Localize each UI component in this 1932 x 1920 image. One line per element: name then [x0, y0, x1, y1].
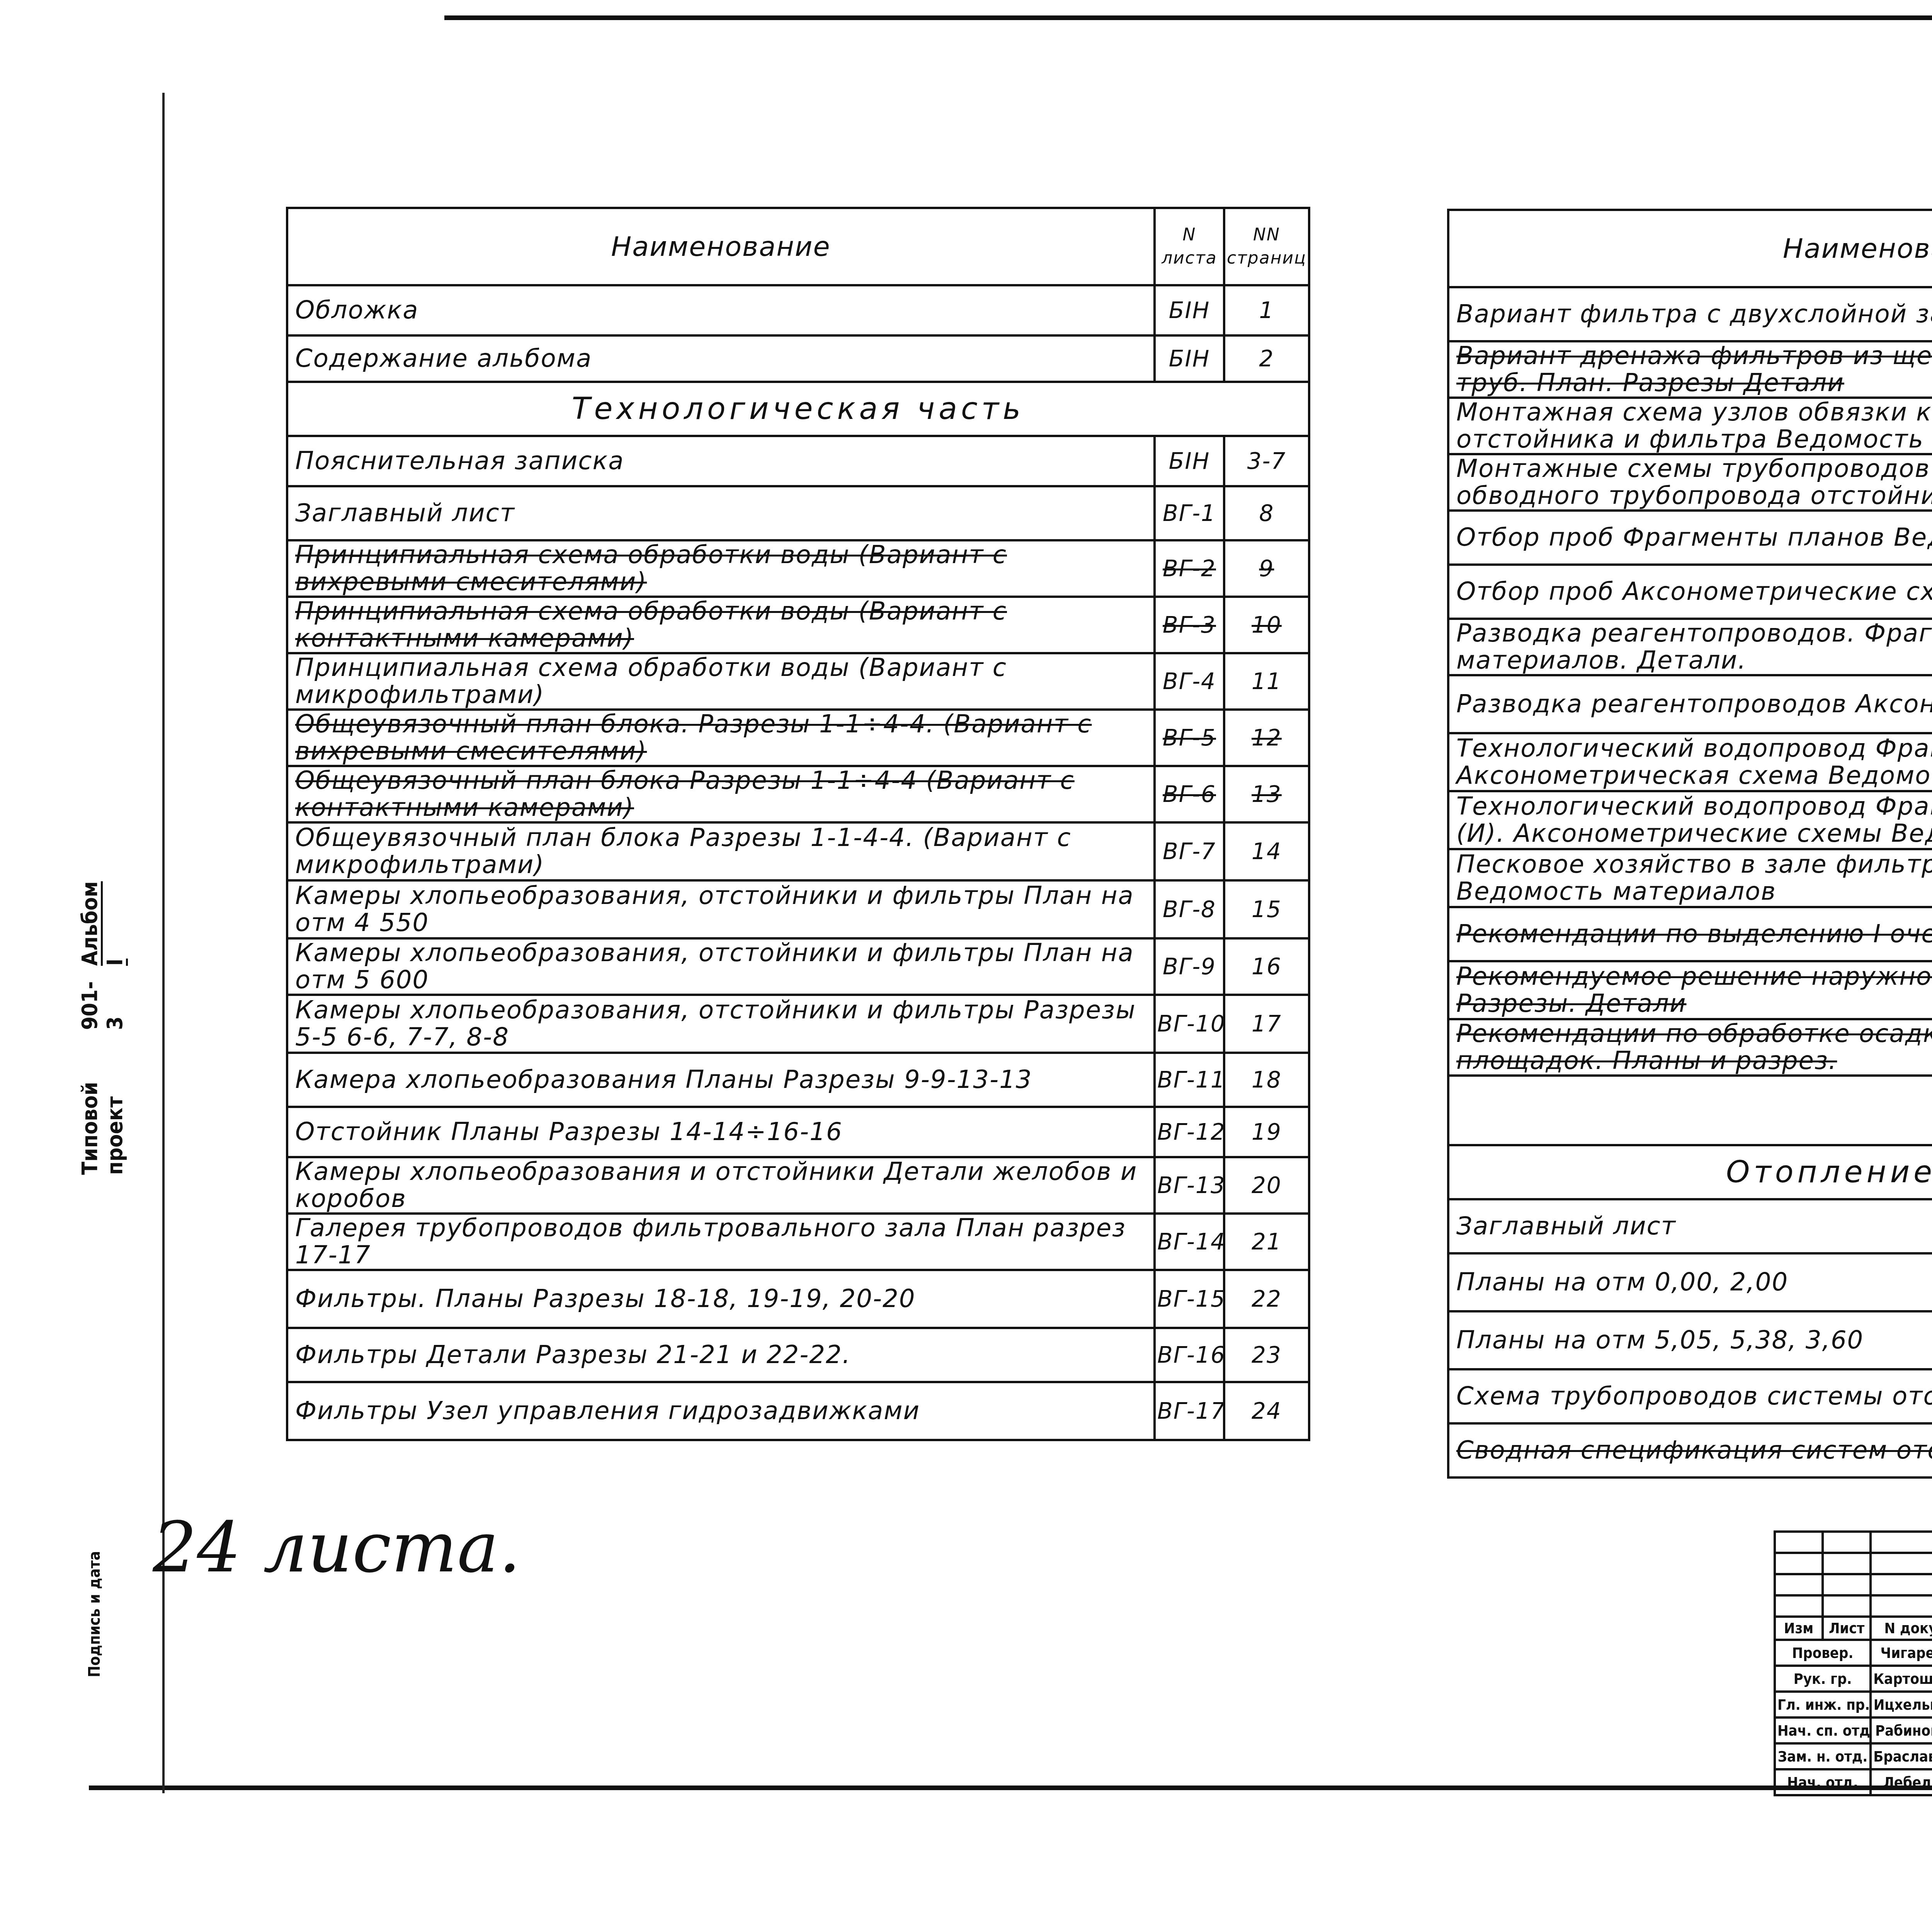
- page-cell: 9: [1224, 540, 1309, 597]
- table-row: Технологический водопровод Фрагменты пла…: [1448, 791, 1932, 849]
- signer-role: Нач. отд.: [1775, 1769, 1871, 1795]
- page-cell: 13: [1224, 766, 1309, 822]
- name-cell: Общеувязочный план блока Разрезы 1-1-4-4…: [287, 822, 1155, 880]
- table-row: ОбложкаБIН1: [287, 285, 1309, 335]
- name-cell: Фильтры Детали Разрезы 21-21 и 22-22.: [287, 1328, 1155, 1382]
- header-sheet: Nлиста: [1155, 208, 1224, 285]
- sheet-cell: ВГ-1: [1155, 486, 1224, 540]
- blank-cell: [1448, 1076, 1932, 1145]
- signer-role: Гл. инж. пр.: [1775, 1692, 1871, 1717]
- name-cell: Рекомендации по выделению I очереди стро…: [1448, 907, 1932, 961]
- page-cell: 14: [1224, 822, 1309, 880]
- sheet-cell: БIН: [1155, 335, 1224, 382]
- table-row: Камеры хлопьеобразования, отстойники и ф…: [287, 880, 1309, 938]
- table-header-row: Наименование Nлиста NNстраниц: [287, 208, 1309, 285]
- signer-row: Провер.Чигарева~/: [1775, 1640, 1932, 1666]
- sheet-cell: ВГ-8: [1155, 880, 1224, 938]
- signer-role: Провер.: [1775, 1640, 1871, 1666]
- signer-name: Лебедев: [1871, 1769, 1932, 1795]
- signer-name: Рабинович: [1871, 1717, 1932, 1743]
- col-izm: Изм: [1775, 1617, 1823, 1640]
- table-row: Разводка реагентопроводов Аксонометричес…: [1448, 675, 1932, 733]
- page-cell: 23: [1224, 1328, 1309, 1382]
- name-cell: Планы на отм 5,05, 5,38, 3,60: [1448, 1311, 1932, 1369]
- name-cell: Вариант дренажа фильтров из щелеванных п…: [1448, 341, 1932, 398]
- section-header-row: Технологическая часть: [287, 382, 1309, 436]
- name-cell: Отбор проб Аксонометрические схемы.: [1448, 565, 1932, 619]
- table-row: Камеры хлопьеобразования, отстойники и ф…: [287, 938, 1309, 995]
- name-cell: Разводка реагентопроводов Аксонометричес…: [1448, 675, 1932, 733]
- sheet-cell: ВГ-14: [1155, 1214, 1224, 1270]
- blank-row: [1448, 1076, 1932, 1145]
- name-cell: Отстойник Планы Разрезы 14-14÷16-16: [287, 1107, 1155, 1157]
- table-row: Фильтры Детали Разрезы 21-21 и 22-22.ВГ-…: [287, 1328, 1309, 1382]
- signer-name: Картошкин: [1871, 1666, 1932, 1692]
- signer-role: Рук. гр.: [1775, 1666, 1871, 1692]
- name-cell: Камера хлопьеобразования Планы Разрезы 9…: [287, 1053, 1155, 1107]
- sheet-cell: ВГ-4: [1155, 653, 1224, 710]
- name-cell: Галерея трубопроводов фильтровального за…: [287, 1214, 1155, 1270]
- sheet-cell: ВГ-17: [1155, 1382, 1224, 1440]
- name-cell: Камеры хлопьеобразования и отстойники Де…: [287, 1157, 1155, 1214]
- table-row: Вариант дренажа фильтров из щелеванных п…: [1448, 341, 1932, 398]
- table-row: Отбор проб Аксонометрические схемы.ВГ-23…: [1448, 565, 1932, 619]
- table-row: Сводная спецификация систем отопления и …: [1448, 1423, 1932, 1477]
- table-row: Общеувязочный план блока Разрезы 1-1-4-4…: [287, 822, 1309, 880]
- table-row: Песковое хозяйство в зале фильтров План …: [1448, 849, 1932, 907]
- name-cell: Сводная спецификация систем отопления и …: [1448, 1423, 1932, 1477]
- signer-row: Нач. отд.Лебедев~/: [1775, 1769, 1932, 1795]
- section-header-row: Отопление и вентиляция: [1448, 1145, 1932, 1199]
- name-cell: Монтажная схема узлов обвязки камеры хло…: [1448, 398, 1932, 454]
- sheet-cell: ВГ-10: [1155, 995, 1224, 1053]
- page-cell: 22: [1224, 1270, 1309, 1328]
- sheet-cell: ВГ-15: [1155, 1270, 1224, 1328]
- name-cell: Принципиальная схема обработки воды (Вар…: [287, 653, 1155, 710]
- project-stamp: Типовой проект 901-3 Альбом I: [77, 881, 128, 1175]
- table-row: Пояснительная запискаБIН3-7: [287, 436, 1309, 486]
- page-cell: 24: [1224, 1382, 1309, 1440]
- table-row: Технологический водопровод Фрагмент план…: [1448, 733, 1932, 791]
- table-row: Заглавный листОВ-139: [1448, 1199, 1932, 1253]
- project-stamp-line: Типовой проект: [77, 1045, 128, 1175]
- name-cell: Планы на отм 0,00, 2,00: [1448, 1253, 1932, 1311]
- sheet-cell: ВГ-2: [1155, 540, 1224, 597]
- signer-name: Браславский: [1871, 1743, 1932, 1769]
- name-cell: Содержание альбома: [287, 335, 1155, 382]
- page-cell: 18: [1224, 1053, 1309, 1107]
- page-cell: 1: [1224, 285, 1309, 335]
- table-row: Фильтры Узел управления гидрозадвижкамиВ…: [287, 1382, 1309, 1440]
- name-cell: Камеры хлопьеобразования, отстойники и ф…: [287, 880, 1155, 938]
- name-cell: Технологический водопровод Фрагменты пла…: [1448, 791, 1932, 849]
- signature-grid-header: Изм Лист N докум Подп. Дата: [1775, 1617, 1932, 1640]
- table-row: Содержание альбомаБIН2: [287, 335, 1309, 382]
- col-list: Лист: [1823, 1617, 1871, 1640]
- page-cell: 10: [1224, 597, 1309, 653]
- signer-name: Ицхельман: [1871, 1692, 1932, 1717]
- table-row: Рекомендации по выделению I очереди стро…: [1448, 907, 1932, 961]
- left-contents-table: Наименование Nлиста NNстраниц ОбложкаБIН…: [286, 207, 1310, 1441]
- name-cell: Фильтры Узел управления гидрозадвижками: [287, 1382, 1155, 1440]
- sheet-cell: ВГ-9: [1155, 938, 1224, 995]
- sheet-cell: ВГ-11: [1155, 1053, 1224, 1107]
- table-row: Схема трубопроводов системы отопленияОВ-…: [1448, 1369, 1932, 1423]
- frame-bottom-border: [89, 1786, 1932, 1790]
- name-cell: Общеувязочный план блока. Разрезы 1-1÷4-…: [287, 710, 1155, 766]
- table-header-row: Наименование Nлиста NNстраниц: [1448, 210, 1932, 287]
- page-cell: 12: [1224, 710, 1309, 766]
- table-row: Планы на отм 5,05, 5,38, 3,60ОВ-341: [1448, 1311, 1932, 1369]
- sheet-cell: ВГ-12: [1155, 1107, 1224, 1157]
- name-cell: Пояснительная записка: [287, 436, 1155, 486]
- right-contents-table: Наименование Nлиста NNстраниц Вариант фи…: [1447, 209, 1932, 1479]
- name-cell: Рекомендации по обработке осадка Общий в…: [1448, 1019, 1932, 1076]
- handwritten-note: 24 листа.: [153, 1507, 521, 1588]
- page-cell: 16: [1224, 938, 1309, 995]
- signer-row: Рук. гр.Картошкин~/: [1775, 1666, 1932, 1692]
- name-cell: Принципиальная схема обработки воды (Вар…: [287, 597, 1155, 653]
- sheet-cell: ВГ-16: [1155, 1328, 1224, 1382]
- header-name: Наименование: [287, 208, 1155, 285]
- table-row: Отстойник Планы Разрезы 14-14÷16-16ВГ-12…: [287, 1107, 1309, 1157]
- page-cell: 21: [1224, 1214, 1309, 1270]
- table-row: Камеры хлопьеобразования, отстойники и ф…: [287, 995, 1309, 1053]
- signature-stamp: Подпись и дата: [86, 1492, 104, 1677]
- name-cell: Фильтры. Планы Разрезы 18-18, 19-19, 20-…: [287, 1270, 1155, 1328]
- table-row: Рекомендации по обработке осадка Общий в…: [1448, 1019, 1932, 1076]
- name-cell: Песковое хозяйство в зале фильтров План …: [1448, 849, 1932, 907]
- table-row: Рекомендуемое решение наружной песковой …: [1448, 961, 1932, 1019]
- page-cell: 17: [1224, 995, 1309, 1053]
- table-row: Вариант фильтра с двухслойной загрузкой …: [1448, 287, 1932, 341]
- table-row: Монтажная схема узлов обвязки камеры хло…: [1448, 398, 1932, 454]
- name-cell: Заглавный лист: [1448, 1199, 1932, 1253]
- sheet-cell: БIН: [1155, 436, 1224, 486]
- sheet-cell: ВГ-7: [1155, 822, 1224, 880]
- section-title: Отопление и вентиляция: [1448, 1145, 1932, 1199]
- table-row: Камера хлопьеобразования Планы Разрезы 9…: [287, 1053, 1309, 1107]
- header-name: Наименование: [1448, 210, 1932, 287]
- page-cell: 20: [1224, 1157, 1309, 1214]
- name-cell: Схема трубопроводов системы отопления: [1448, 1369, 1932, 1423]
- sheet-cell: ВГ-3: [1155, 597, 1224, 653]
- table-row: Монтажные схемы трубопроводов фильтровал…: [1448, 454, 1932, 511]
- page-cell: 8: [1224, 486, 1309, 540]
- name-cell: Общеувязочный план блока Разрезы 1-1÷4-4…: [287, 766, 1155, 822]
- section-title: Технологическая часть: [287, 382, 1309, 436]
- signer-row: Нач. сп. отд.Рабинович~/: [1775, 1717, 1932, 1743]
- table-row: Принципиальная схема обработки воды (Вар…: [287, 597, 1309, 653]
- signer-role: Нач. сп. отд.: [1775, 1717, 1871, 1743]
- name-cell: Рекомендуемое решение наружной песковой …: [1448, 961, 1932, 1019]
- page-cell: 3-7: [1224, 436, 1309, 486]
- table-row: Принципиальная схема обработки воды (Вар…: [287, 653, 1309, 710]
- page-cell: 2: [1224, 335, 1309, 382]
- signer-role: Зам. н. отд.: [1775, 1743, 1871, 1769]
- title-block: Изм Лист N докум Подп. Дата Провер.Чигар…: [1774, 1530, 1932, 1786]
- name-cell: Камеры хлопьеобразования, отстойники и ф…: [287, 995, 1155, 1053]
- page-cell: 11: [1224, 653, 1309, 710]
- col-doc: N докум: [1871, 1617, 1932, 1640]
- page-cell: 15: [1224, 880, 1309, 938]
- project-stamp-line: Альбом I: [77, 881, 128, 966]
- table-row: Общеувязочный план блока. Разрезы 1-1÷4-…: [287, 710, 1309, 766]
- sheet-cell: БIН: [1155, 285, 1224, 335]
- signer-row: Гл. инж. пр.Ицхельман~/: [1775, 1692, 1932, 1717]
- table-row: Общеувязочный план блока Разрезы 1-1÷4-4…: [287, 766, 1309, 822]
- name-cell: Отбор проб Фрагменты планов Ведомость ма…: [1448, 511, 1932, 565]
- name-cell: Заглавный лист: [287, 486, 1155, 540]
- table-row: Заглавный листВГ-18: [287, 486, 1309, 540]
- signer-name: Чигарева: [1871, 1640, 1932, 1666]
- table-row: Разводка реагентопроводов. Фрагменты пла…: [1448, 619, 1932, 675]
- name-cell: Вариант фильтра с двухслойной загрузкой …: [1448, 287, 1932, 341]
- signer-row: Зам. н. отд.Браславский~/: [1775, 1743, 1932, 1769]
- table-row: Принципиальная схема обработки воды (Вар…: [287, 540, 1309, 597]
- sheet-cell: ВГ-13: [1155, 1157, 1224, 1214]
- name-cell: Обложка: [287, 285, 1155, 335]
- table-row: Фильтры. Планы Разрезы 18-18, 19-19, 20-…: [287, 1270, 1309, 1328]
- signature-grid: Изм Лист N докум Подп. Дата Провер.Чигар…: [1774, 1530, 1932, 1796]
- table-row: Галерея трубопроводов фильтровального за…: [287, 1214, 1309, 1270]
- page-cell: 19: [1224, 1107, 1309, 1157]
- sheet-cell: ВГ-5: [1155, 710, 1224, 766]
- name-cell: Камеры хлопьеобразования, отстойники и ф…: [287, 938, 1155, 995]
- table-row: Отбор проб Фрагменты планов Ведомость ма…: [1448, 511, 1932, 565]
- name-cell: Монтажные схемы трубопроводов фильтровал…: [1448, 454, 1932, 511]
- frame-top-border: [444, 15, 1932, 20]
- name-cell: Разводка реагентопроводов. Фрагменты пла…: [1448, 619, 1932, 675]
- project-stamp-line: 901-3: [77, 981, 128, 1030]
- table-row: Камеры хлопьеобразования и отстойники Де…: [287, 1157, 1309, 1214]
- table-row: Планы на отм 0,00, 2,00ОВ-240: [1448, 1253, 1932, 1311]
- sheet-cell: ВГ-6: [1155, 766, 1224, 822]
- name-cell: Принципиальная схема обработки воды (Вар…: [287, 540, 1155, 597]
- name-cell: Технологический водопровод Фрагмент план…: [1448, 733, 1932, 791]
- header-page: NNстраниц: [1224, 208, 1309, 285]
